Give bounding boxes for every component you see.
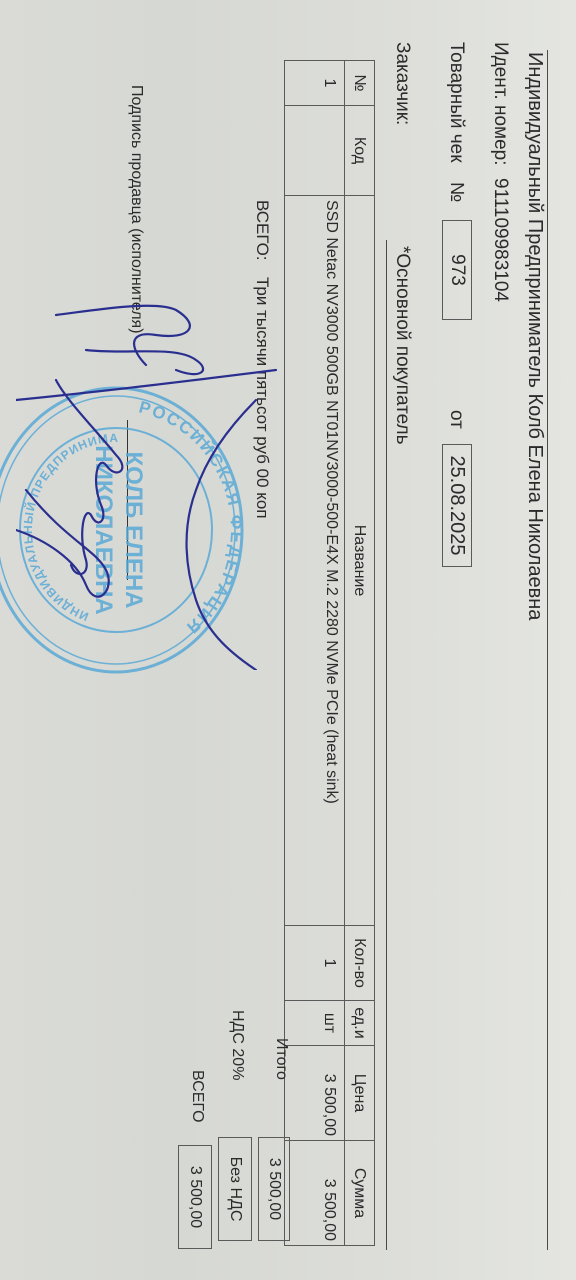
cell-number: 1 bbox=[285, 61, 345, 106]
col-header-code: Код bbox=[345, 106, 375, 196]
total-value: 3 500,00 bbox=[178, 1145, 212, 1249]
col-header-price: Цена bbox=[345, 1046, 375, 1141]
cell-unit: шт bbox=[285, 1001, 345, 1046]
col-header-unit: ед.и bbox=[345, 1001, 375, 1046]
cell-qty: 1 bbox=[285, 926, 345, 1001]
receipt-date-field: 25.08.2025 bbox=[442, 444, 472, 567]
col-header-number: № bbox=[345, 61, 375, 106]
receipt-number-label: № bbox=[445, 182, 467, 202]
handwritten-signature-icon bbox=[16, 230, 316, 670]
subtotal-value: 3 500,00 bbox=[258, 1137, 290, 1241]
cell-price: 3 500,00 bbox=[285, 1046, 345, 1141]
vat-value: Без НДС bbox=[218, 1137, 252, 1241]
id-value: 911109983104 bbox=[489, 178, 511, 302]
header-rule bbox=[547, 50, 548, 1250]
id-label: Идент. номер: bbox=[489, 42, 511, 166]
customer-underline bbox=[386, 240, 387, 1250]
receipt-date-label: от bbox=[445, 410, 467, 429]
col-header-name: Название bbox=[345, 196, 375, 926]
col-header-qty: Кол-во bbox=[345, 926, 375, 1001]
entrepreneur-name: Индивидуальный Предприниматель Колб Елен… bbox=[523, 52, 546, 620]
vat-label: НДС 20% bbox=[228, 1010, 246, 1080]
total-label: ВСЕГО bbox=[188, 1070, 206, 1123]
subtotal-label: Итого bbox=[272, 1038, 290, 1080]
receipt-number-field: 973 bbox=[442, 220, 472, 320]
table-header-row: № Код Название Кол-во ед.и Цена Сумма bbox=[345, 61, 375, 1246]
customer-label: Заказчик: bbox=[391, 42, 413, 125]
col-header-sum: Сумма bbox=[345, 1141, 375, 1246]
receipt-page: Индивидуальный Предприниматель Колб Елен… bbox=[0, 0, 576, 1280]
customer-value: *Основной покупатель bbox=[391, 246, 413, 445]
receipt-title: Товарный чек bbox=[445, 42, 467, 163]
cell-sum: 3 500,00 bbox=[285, 1141, 345, 1246]
cell-code bbox=[285, 106, 345, 196]
